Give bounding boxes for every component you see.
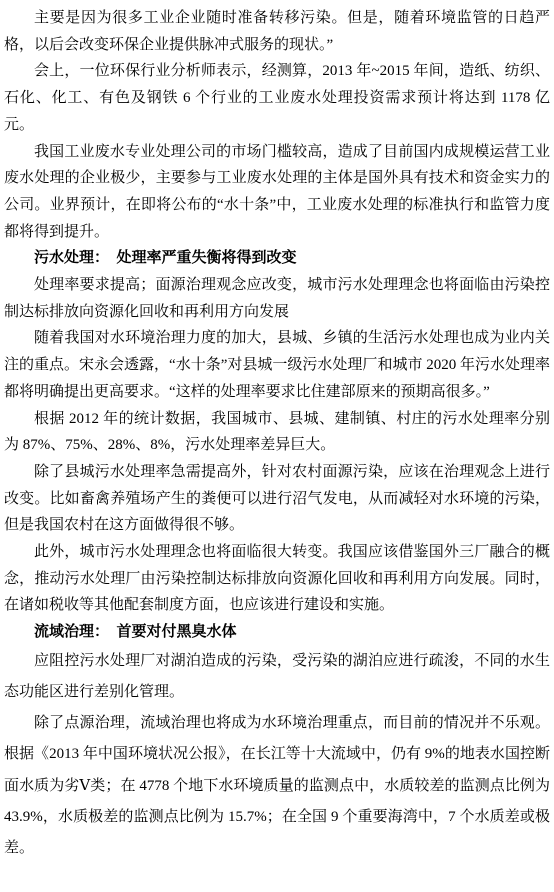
- heading-sewage-treatment: 污水处理： 处理率严重失衡将得到改变: [4, 245, 550, 272]
- paragraph-investment-forecast: 会上，一位环保行业分析师表示，经测算，2013 年~2015 年间，造纸、纺织、…: [4, 58, 550, 138]
- paragraph-market-threshold: 我国工业废水专业处理公司的市场门槛较高，造成了目前国内成规模运营工业废水处理的企…: [4, 139, 550, 246]
- paragraph-urban-concept-shift: 此外，城市污水处理理念也将面临很大转变。我国应该借鉴国外三厂融合的概念，推动污水…: [4, 539, 550, 619]
- paragraph-county-treatment-requirements: 随着我国对水环境治理力度的加大，县城、乡镇的生活污水处理也成为业内关注的重点。宋…: [4, 325, 550, 405]
- paragraph-pollution-transfer: 主要是因为很多工业企业随时准备转移污染。但是，随着环境监管的日趋严格，以后会改变…: [4, 5, 550, 58]
- paragraph-treatment-rate-summary: 处理率要求提高；面源治理观念应改变，城市污水处理理念也将面临由污染控制达标排放向…: [4, 272, 550, 325]
- heading-watershed-governance: 流域治理： 首要对付黑臭水体: [4, 619, 550, 646]
- paragraph-lake-pollution-control: 应阻控污水处理厂对湖泊造成的污染，受污染的湖泊应进行疏浚，不同的水生态功能区进行…: [4, 646, 550, 708]
- paragraph-2012-statistics: 根据 2012 年的统计数据，我国城市、县城、建制镇、村庄的污水处理率分别为 8…: [4, 406, 550, 459]
- paragraph-watershed-water-quality: 除了点源治理，流域治理也将成为水环境治理重点，而目前的情况并不乐观。根据《201…: [4, 708, 550, 864]
- paragraph-rural-pollution: 除了县城污水处理率急需提高外，针对农村面源污染，应该在治理观念上进行改变。比如畜…: [4, 459, 550, 539]
- document-page: 主要是因为很多工业企业随时准备转移污染。但是，随着环境监管的日趋严格，以后会改变…: [0, 0, 554, 892]
